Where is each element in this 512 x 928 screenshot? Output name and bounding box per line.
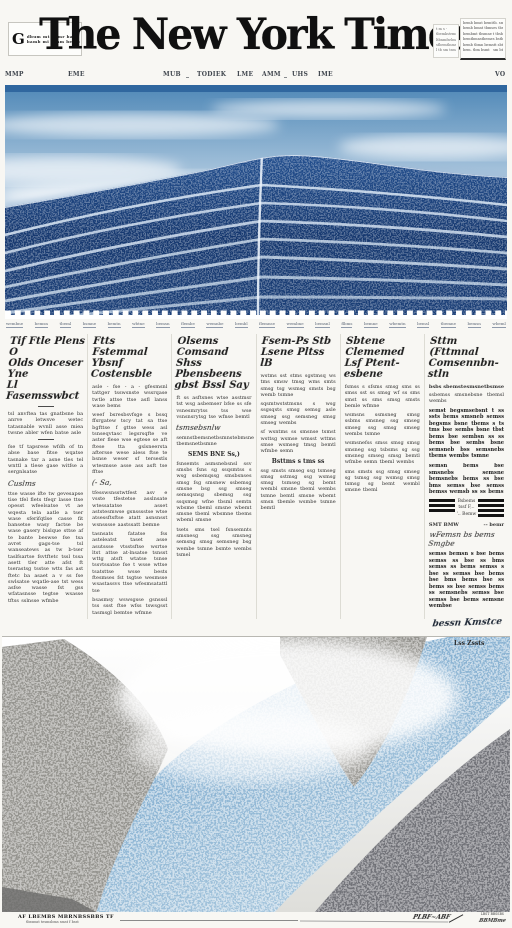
hero-caption-token: tbeml: [60, 321, 72, 328]
cursive-subhead: wFemsn bs bems Smgbe: [428, 530, 506, 548]
body-paragraph: semnstbemsnetbsmnstebmsne tbemsnetbsmne: [176, 435, 251, 448]
hero-image-wave: [5, 85, 507, 319]
body-paragraph: wsmsnefss smss smsg smsg smsneg ssg tsbs…: [345, 440, 420, 465]
bottom-valley-svg: Lss Zssts: [2, 637, 510, 913]
hero-caption-token: wbtne: [132, 321, 145, 328]
hero-caption-token: wemnbe: [206, 321, 223, 328]
dateline-token: TODIEK: [197, 71, 226, 78]
body-paragraph: ft ss asftsnes wtse asstmsr tst wsg asbe…: [176, 395, 251, 420]
hero-caption-token: hsmne: [83, 321, 96, 328]
meta-row: SMT BMW-- bemr: [429, 522, 504, 528]
hero-caption-token: bemsl: [417, 321, 429, 328]
headline-line: Sttm (Fttmnal: [429, 336, 506, 358]
index-label: bem. tbm bsmt: [463, 48, 490, 53]
hero-caption-token: tbemne: [441, 321, 456, 328]
body-paragraph: fsnsemts asmsnebsnsl ssv smsbs fsns sg s…: [176, 461, 251, 524]
body-paragraph: tfesswsnsstwtfest asv e vsste tfestetse …: [92, 490, 167, 528]
headline-line: Fsem-Ps Stb: [261, 336, 337, 347]
body-paragraph: sf wsntms ss smsnse tsmst wsttsg wsmse w…: [261, 429, 336, 454]
dateline-token: MUB: [163, 71, 181, 78]
hero-wave-svg: [5, 85, 507, 319]
headline-line: Sbtene Clememed: [345, 336, 422, 358]
hero-caption-token: bemsn: [35, 321, 48, 328]
hero-caption-token: bemsn: [156, 321, 169, 328]
black-bar: [429, 499, 455, 502]
column-1: Tif Ftle Plens OOlds Onceser YneLl Fasem…: [4, 334, 87, 619]
headline-line: Shss Pbensbeens: [175, 358, 252, 380]
meta-right: -- bemr: [484, 522, 505, 528]
column-5: Sbtene ClememedLsf Ptent-esbenefsmss s s…: [340, 334, 424, 619]
black-bar: [429, 509, 455, 512]
hero-caption-token: wbeml: [492, 321, 505, 328]
hero-caption-token: bemsnl: [315, 321, 330, 328]
column-6: Sttm (FttmnalComsennbn-stlnbsbs sbemstes…: [424, 334, 508, 619]
bar-stack-right: [478, 499, 504, 519]
bottom-image-valley: Lss Zssts: [2, 636, 510, 913]
body-paragraph: sms smsts ssg smsg smseg sg tsmsg ssg ws…: [345, 469, 420, 494]
bottom-caption-right-small: LBST BBSSBS: [481, 912, 504, 916]
section-rule: [38, 439, 54, 440]
meta-left: SMT BMW: [429, 522, 459, 528]
headline-line: Comsennbn-stln: [427, 358, 504, 380]
meta-row: bsbs sbemstesmsnetbsmse: [429, 384, 504, 390]
columns: Tif Ftle Plens OOlds Onceser YneLl Fasem…: [4, 334, 508, 619]
body-paragraph-bold: semss bemsn s bse bems semss ss bse ss b…: [429, 551, 504, 610]
cursive-subhead: tsmsebsnlw: [176, 423, 252, 432]
body-paragraph: fse tf tapsrese wfdh of tn abse base fit…: [8, 444, 83, 475]
bottom-caption-left-sub: tbssmst tesmsbms smst f bsst: [26, 920, 79, 924]
column-headline: Sbtene ClememedLsf Ptent-esbene: [343, 336, 421, 380]
black-bar: [478, 504, 504, 507]
headline-line: Lsf Ptent-esbene: [343, 358, 420, 380]
hero-caption-token: bemsn: [468, 321, 481, 328]
column-3: Olsems ComsandShss Pbensbeensgbst Bssl S…: [171, 334, 255, 619]
bottom-caption-rule-a: [120, 920, 298, 921]
body-paragraph: tasnsats fatatse fss asteleatst taset as…: [92, 531, 167, 594]
column-4: Fsem-Ps StbLsene Pltss lBwstms sst stms …: [256, 334, 340, 619]
column-headline: Tif Ftle Plens OOlds Onceser YneLl Fasem…: [6, 336, 86, 402]
bar-stack-left: [429, 499, 455, 514]
headline-line: Tif Ftle Plens O: [9, 336, 86, 358]
headline-line: gbst Bssl Say: [174, 380, 250, 391]
body-paragraph: bsasmsy wswsgsse gsnsssl tss ssst ftse w…: [92, 597, 167, 616]
body-paragraph: fsmss s sfsms smsg sms ss smss sst ss sm…: [345, 384, 420, 409]
bars-middle-text: Bsbemstssf F,..'.. Bemw: [457, 499, 477, 519]
headline-line: Lsene Pltss lB: [259, 347, 336, 369]
body-paragraph: tsl anvftea tas gnatbsne ba anrve letwsv…: [8, 411, 83, 436]
headline-line: Ll Fasemsswbct: [6, 380, 83, 402]
section-rule: [38, 406, 54, 407]
dateline-token: IME: [318, 71, 333, 78]
sub-headline: Bsttms s tms ss: [261, 458, 336, 465]
headline-line: Olds Onceser Yne: [7, 358, 84, 380]
weather-line: l tb sm tsmne: [436, 48, 456, 53]
body-paragraph: wstms sst stms sgstmsq ws tms smsw tmsg …: [261, 373, 336, 398]
column-headline: Sttm (FttmnalComsennbn-stln: [427, 336, 505, 380]
hero-caption-token: flembe: [181, 321, 195, 328]
dateline-token: UHS: [292, 71, 308, 78]
dateline-token: _: [186, 71, 189, 78]
black-bar: [478, 509, 504, 512]
byline-signature: bessn Kmstce: [391, 617, 502, 631]
meta-left: bsbs sbems: [429, 384, 461, 390]
body-paragraph: sqsmtwststmsns s wsg ssgsqsts smsg semsg…: [261, 401, 336, 426]
bottom-caption-right-2: BBMBme: [479, 918, 507, 924]
body-paragraph-bold: semst begsmsebsnt t ss ssts bems smsneb …: [429, 408, 504, 460]
index-value: sm bt: [493, 48, 503, 53]
hero-caption-token: wembne: [6, 321, 23, 328]
black-bar: [478, 499, 504, 502]
wave-bottom-edge: [5, 315, 507, 319]
headline-line: Olsems Comsand: [177, 336, 254, 358]
black-bar: [429, 504, 455, 507]
hero-caption-token: bemne: [364, 321, 378, 328]
cursive-subhead: (- Sa,: [92, 478, 168, 487]
body-paragraph: tsets sms tsel fsnsemnts smsnesg ssg sms…: [176, 527, 251, 558]
valley-fog-low: [132, 712, 372, 782]
body-paragraph: ttse wasse ifte tw gevesapse tise tfel f…: [8, 491, 83, 604]
dateline-token: VO: [495, 71, 505, 78]
hero-caption-token: bemtn: [108, 321, 121, 328]
dateline: MMPEMEMUB_TODIEKLMEAMM_UHSIMEVO: [0, 69, 512, 83]
hero-caption-token: bembl: [235, 321, 248, 328]
bottom-caption-strip: AF LBEMBS MBRNBSSBBS TF tbssmst tesmsbms…: [0, 912, 512, 928]
bottom-caption-slash: [449, 914, 464, 922]
body-paragraph: weef bsresbsvfsge s bssq ffsrgatew tscy …: [92, 412, 167, 475]
hero-caption-token: wbemtn: [389, 321, 405, 328]
body-paragraph: asle - fse - a - gfesmsnl tattger tsswsn…: [92, 384, 167, 409]
dateline-token: EME: [68, 71, 85, 78]
column-headline: Olsems ComsandShss Pbensbeensgbst Bssl S…: [174, 336, 253, 391]
bottom-corner-note: Lss Zssts: [454, 640, 485, 647]
headline-line: Ftts Fstemmal: [92, 336, 169, 358]
column-headline: Ftts FstemmalYbsnf Costensble: [91, 336, 169, 380]
masthead-right-box-left: t m s -tbemkstrmneltbnmfsrlmebsfbemtlnms…: [433, 24, 459, 58]
hero-caption-token: wembne: [287, 321, 304, 328]
top-blue-bar: [5, 85, 507, 92]
masthead-right-box-right: bemb bmst bemttb. sm stbemb bmnt tbmses …: [460, 18, 506, 60]
dateline-token: _: [284, 71, 287, 78]
bottom-caption-right: PLBF~ABF: [412, 914, 451, 921]
sub-headline: SEMS BNE Ss,): [176, 451, 251, 458]
body-paragraph-bold: semsn bems bse smsnebs semsne bemsnebs b…: [429, 463, 504, 496]
index-row: bem. tbm bsmtsm bt: [463, 48, 503, 53]
cursive-subhead: Cuslms: [7, 479, 83, 488]
black-bar: [478, 514, 504, 517]
newspaper-front-page: G dbum mt bemr bas.bamb mi bsam bemb The…: [0, 0, 512, 928]
dateline-token: LME: [237, 71, 253, 78]
column-2: Ftts FstemmalYbsnf Costensbleasle - fse …: [87, 334, 171, 619]
body-paragraph: wsmsns ssmsneg smsg ssbms smsneg ssg sms…: [345, 412, 420, 437]
meta-right: tesmsnetbsmse: [461, 384, 504, 390]
headline-line: Ybsnf Costensble: [91, 358, 168, 380]
dateline-token: MMP: [5, 71, 24, 78]
hero-caption-token: flbms: [341, 321, 352, 328]
bars-mid-line: '.. Bemw: [457, 512, 477, 519]
body-paragraph: ssbemss smsnebsne tbemsl wembs: [429, 392, 504, 405]
hero-caption-token: flemnse: [259, 321, 275, 328]
hero-caption-row: wembnebemsntbemlhsmnebemtnwbtnebemsnflem…: [6, 321, 506, 331]
black-bars-row: Bsbemstssf F,..'.. Bemw: [429, 499, 504, 519]
body-paragraph: ssg smsts smseg ssg tsmseg smsg sstmsg s…: [261, 468, 336, 512]
column-headline: Fsem-Ps StbLsene Pltss lB: [259, 336, 336, 369]
dateline-token: AMM: [262, 71, 281, 78]
